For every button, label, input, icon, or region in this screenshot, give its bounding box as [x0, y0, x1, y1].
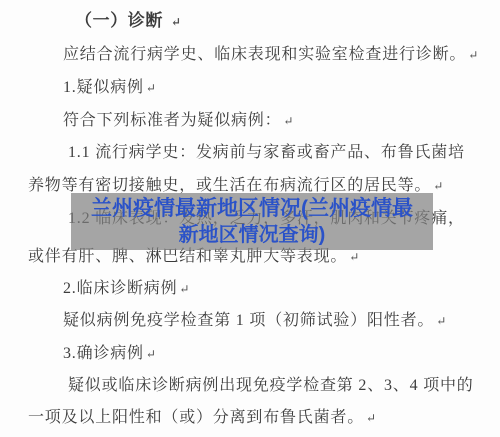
doc-line-text: 1.疑似病例	[63, 79, 144, 96]
doc-line: 1.1 流行病学史：发病前与家畜或畜产品、布鲁氏菌培	[68, 143, 465, 163]
return-mark-icon: ↵	[436, 314, 446, 328]
doc-line-text: 疑似或临床诊断病例出现免疫学检查第 2、3、4 项中的	[68, 377, 474, 394]
section-heading: （一）诊断↵	[75, 11, 181, 32]
doc-line-text: 应结合流行病学史、临床表现和实验室检查进行诊断。	[63, 46, 466, 63]
watermark-overlay: 兰州疫情最新地区情况(兰州疫情最 新地区情况查询)	[71, 193, 433, 250]
doc-line-text: 3.确诊病例	[63, 345, 144, 362]
return-mark-icon: ↵	[349, 250, 359, 264]
return-mark-icon: ↵	[283, 114, 293, 128]
return-mark-icon: ↵	[146, 81, 156, 95]
doc-line: 1.疑似病例↵	[63, 78, 156, 98]
doc-line-text: 符合下列标准者为疑似病例：	[63, 112, 281, 129]
return-mark-icon: ↵	[179, 282, 189, 296]
watermark-title-line2: 新地区情况查询)	[179, 222, 326, 249]
doc-line: 3.确诊病例↵	[63, 344, 156, 364]
return-mark-icon: ↵	[366, 411, 376, 425]
doc-line: 2.临床诊断病例↵	[63, 279, 189, 299]
return-mark-icon: ↵	[171, 15, 181, 29]
doc-line-text: 疑似病例免疫学检查第 1 项（初筛试验）阳性者。	[63, 312, 434, 329]
doc-line: 疑似病例免疫学检查第 1 项（初筛试验）阳性者。↵	[63, 311, 446, 331]
doc-line: 疑似或临床诊断病例出现免疫学检查第 2、3、4 项中的	[68, 376, 474, 396]
doc-line-text: 一项及以上阳性和（或）分离到布鲁氏菌者。	[28, 409, 364, 426]
doc-line-text: 2.临床诊断病例	[63, 280, 177, 297]
doc-line-text: 1.1 流行病学史：发病前与家畜或畜产品、布鲁氏菌培	[68, 144, 465, 161]
doc-line: 一项及以上阳性和（或）分离到布鲁氏菌者。↵	[28, 408, 376, 428]
return-mark-icon: ↵	[146, 347, 156, 361]
document-page: （一）诊断↵ 应结合流行病学史、临床表现和实验室检查进行诊断。↵ 1.疑似病例↵…	[0, 0, 500, 437]
doc-line-text: 或伴有肝、脾、淋巴结和睾丸肿大等表现。	[28, 248, 347, 265]
doc-line: 或伴有肝、脾、淋巴结和睾丸肿大等表现。↵	[28, 247, 359, 267]
watermark-title-line1: 兰州疫情最新地区情况(兰州疫情最	[91, 195, 413, 222]
doc-line-text: 养物等有密切接触史，或生活在布病流行区的居民等。	[28, 177, 431, 194]
return-mark-icon: ↵	[468, 48, 478, 62]
return-mark-icon: ↵	[433, 179, 443, 193]
doc-line: 符合下列标准者为疑似病例：↵	[63, 111, 293, 131]
doc-line: 应结合流行病学史、临床表现和实验室检查进行诊断。↵	[63, 45, 478, 65]
doc-line-text: （一）诊断	[75, 11, 163, 30]
